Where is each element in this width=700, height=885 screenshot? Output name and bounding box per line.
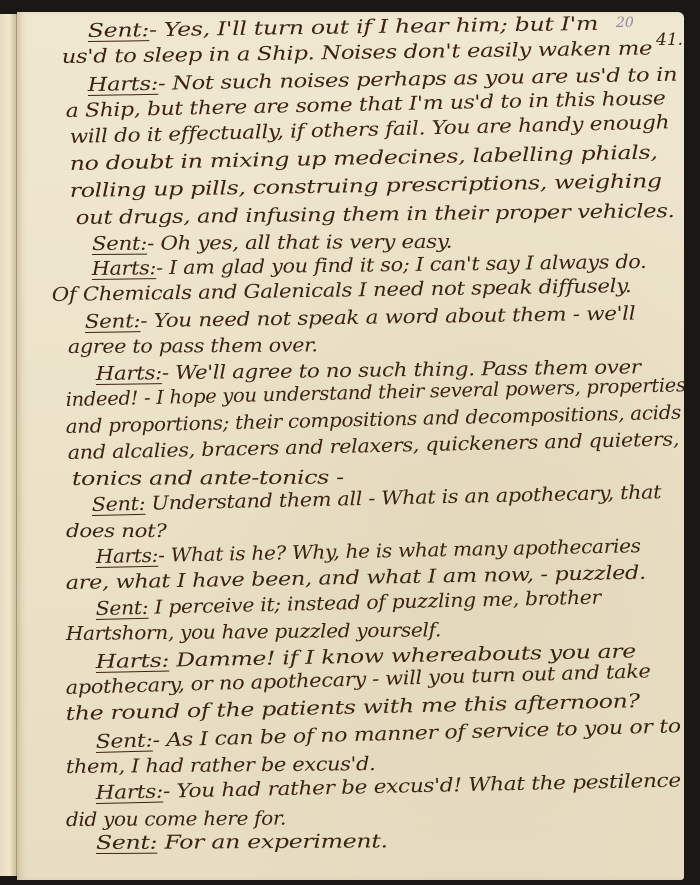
speaker-label: Harts: (96, 362, 162, 385)
speaker-label: Harts: (95, 781, 163, 804)
speaker-label: Harts: (87, 73, 158, 96)
manuscript-line: Sent: For an experiment. (96, 830, 388, 854)
speaker-label: Harts: (95, 650, 169, 673)
line-text: us'd to sleep in a Ship. Noises don't ea… (62, 37, 653, 68)
manuscript-page: 20 41. Sent:- Yes, I'll turn out if I he… (17, 12, 684, 880)
manuscript-line: agree to pass them over. (68, 334, 318, 358)
line-text: Of Chemicals and Galenicals I need not s… (52, 275, 632, 306)
manuscript-line: Sent:- Yes, I'll turn out if I hear him;… (88, 13, 599, 42)
left-page-edge (0, 14, 17, 876)
manuscript-line: them, I had rather be excus'd. (66, 753, 376, 778)
speaker-label: Sent: (96, 832, 157, 854)
speaker-label: Harts: (96, 545, 159, 568)
speaker-label: Sent: (95, 729, 153, 753)
manuscript-line: no doubt in mixing up medecines, labelli… (69, 142, 657, 175)
line-text: no doubt in mixing up medecines, labelli… (69, 142, 657, 175)
manuscript-line: Hartshorn, you have puzzled yourself. (66, 619, 441, 645)
manuscript-line: us'd to sleep in a Ship. Noises don't ea… (62, 37, 653, 68)
line-text: - Yes, I'll turn out if I hear him; but … (149, 13, 598, 41)
manuscript-line: out drugs, and infusing them in their pr… (76, 200, 675, 229)
manuscript-line: Sent:- Oh yes, all that is very easy. (92, 231, 452, 255)
speaker-label: Harts: (92, 257, 157, 280)
manuscript-line: Of Chemicals and Galenicals I need not s… (52, 275, 632, 306)
manuscript-line: rolling up pills, construing prescriptio… (69, 170, 662, 202)
line-text: rolling up pills, construing prescriptio… (69, 170, 662, 202)
line-text: does not? (66, 520, 167, 542)
line-text: - Oh yes, all that is very easy. (147, 231, 452, 255)
manuscript-line: did you come here for. (66, 808, 286, 831)
speaker-label: Sent: (91, 493, 145, 516)
line-text: them, I had rather be excus'd. (66, 753, 376, 778)
line-text: Hartshorn, you have puzzled yourself. (66, 619, 441, 645)
line-text: - What is he? Why, he is what many apoth… (158, 535, 641, 567)
manuscript-line: tonics and ante-tonics - (72, 466, 344, 490)
speaker-label: Sent: (88, 19, 150, 42)
handwritten-text: Sent:- Yes, I'll turn out if I hear him;… (17, 12, 684, 880)
manuscript-scan: 20 41. Sent:- Yes, I'll turn out if I he… (0, 0, 700, 885)
manuscript-line: Sent:- You need not speak a word about t… (85, 303, 636, 333)
line-text: tonics and ante-tonics - (72, 466, 344, 490)
speaker-label: Sent: (85, 310, 141, 333)
line-text: For an experiment. (157, 830, 388, 853)
line-text: - You need not speak a word about them -… (140, 303, 635, 333)
line-text: did you come here for. (66, 808, 286, 831)
line-text: agree to pass them over. (68, 334, 318, 358)
speaker-label: Sent: (92, 233, 147, 255)
speaker-label: Sent: (95, 597, 148, 620)
manuscript-line: does not? (66, 520, 167, 542)
line-text: out drugs, and infusing them in their pr… (76, 200, 675, 229)
